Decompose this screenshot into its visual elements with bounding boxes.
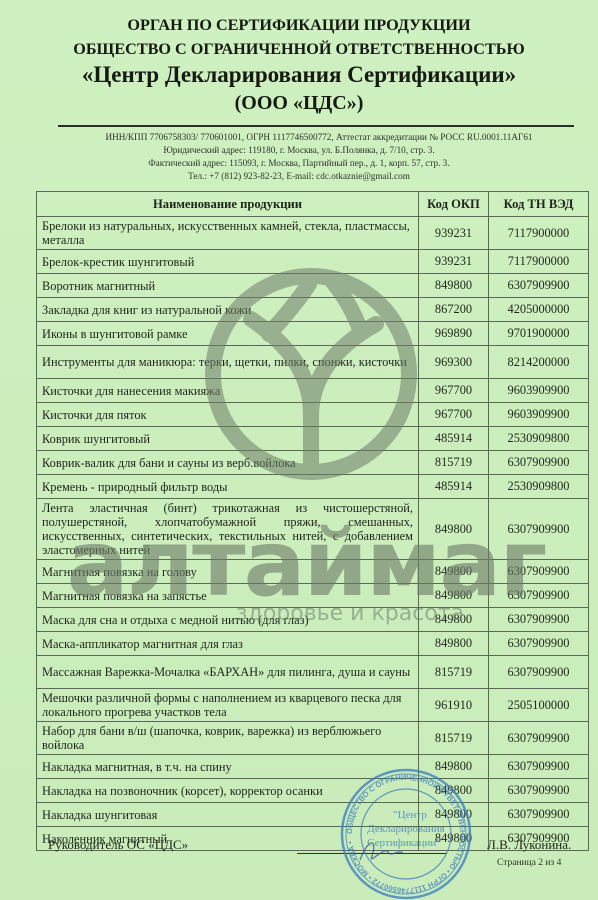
okp-code-cell: 815719	[419, 722, 489, 755]
table-row: Кремень - природный фильтр воды485914253…	[37, 475, 589, 499]
tnved-code-cell: 4205000000	[489, 298, 589, 322]
okp-code-cell: 867200	[419, 298, 489, 322]
tnved-code-cell: 8214200000	[489, 346, 589, 379]
product-name-cell: Иконы в шунгитовой рамке	[37, 322, 419, 346]
okp-code-cell: 849800	[419, 803, 489, 827]
product-name-cell: Маска-аппликатор магнитная для глаз	[37, 632, 419, 656]
table-row: Магнитная повязка на запястье84980063079…	[37, 584, 589, 608]
okp-code-cell: 967700	[419, 403, 489, 427]
products-table: Наименование продукции Код ОКП Код ТН ВЭ…	[36, 191, 589, 851]
product-name-cell: Закладка для книг из натуральной кожи	[37, 298, 419, 322]
column-header-okp: Код ОКП	[419, 192, 489, 217]
tnved-code-cell: 2530909800	[489, 427, 589, 451]
table-row: Воротник магнитный8498006307909900	[37, 274, 589, 298]
product-name-cell: Инструменты для маникюра: терки, щетки, …	[37, 346, 419, 379]
tnved-code-cell: 9603909900	[489, 379, 589, 403]
okp-code-cell: 939231	[419, 217, 489, 250]
product-name-cell: Коврик шунгитовый	[37, 427, 419, 451]
signatory-label: Руководитель ОС «ЦДС»	[48, 837, 188, 853]
tnved-code-cell: 6307909900	[489, 755, 589, 779]
okp-code-cell: 815719	[419, 451, 489, 475]
tnved-code-cell: 6307909900	[489, 803, 589, 827]
tnved-code-cell: 6307909900	[489, 274, 589, 298]
column-header-name: Наименование продукции	[37, 192, 419, 217]
okp-code-cell: 849800	[419, 274, 489, 298]
table-row: Набор для бани в/ш (шапочка, коврик, вар…	[37, 722, 589, 755]
product-name-cell: Набор для бани в/ш (шапочка, коврик, вар…	[37, 722, 419, 755]
header-line-2: ОБЩЕСТВО С ОГРАНИЧЕННОЙ ОТВЕТСТВЕННОСТЬЮ	[0, 40, 598, 59]
product-name-cell: Мешочки различной формы с наполнением из…	[37, 689, 419, 722]
column-header-tnved: Код ТН ВЭД	[489, 192, 589, 217]
signatory-name: Л.В. Луконина.	[487, 837, 571, 853]
table-row: Мешочки различной формы с наполнением из…	[37, 689, 589, 722]
product-name-cell: Лента эластичная (бинт) трикотажная из ч…	[37, 499, 419, 560]
table-row: Закладка для книг из натуральной кожи867…	[37, 298, 589, 322]
table-row: Лента эластичная (бинт) трикотажная из ч…	[37, 499, 589, 560]
certificate-page: ОРГАН ПО СЕРТИФИКАЦИИ ПРОДУКЦИИ ОБЩЕСТВО…	[0, 0, 598, 900]
product-name-cell: Накладка на позвоночник (корсет), коррек…	[37, 779, 419, 803]
product-name-cell: Накладка шунгитовая	[37, 803, 419, 827]
table-row: Массажная Варежка-Мочалка «БАРХАН» для п…	[37, 656, 589, 689]
okp-code-cell: 969890	[419, 322, 489, 346]
table-row: Иконы в шунгитовой рамке9698909701900000	[37, 322, 589, 346]
tnved-code-cell: 6307909900	[489, 656, 589, 689]
legal-address: Юридический адрес: 119180, г. Москва, ул…	[0, 145, 598, 155]
table-row: Накладка магнитная, в т.ч. на спину84980…	[37, 755, 589, 779]
table-row: Магнитная повязка на голову8498006307909…	[37, 560, 589, 584]
tnved-code-cell: 7117900000	[489, 217, 589, 250]
tnved-code-cell: 6307909900	[489, 608, 589, 632]
okp-code-cell: 485914	[419, 475, 489, 499]
table-row: Маска для сна и отдыха с медной нитью (д…	[37, 608, 589, 632]
tnved-code-cell: 9603909900	[489, 403, 589, 427]
okp-code-cell: 967700	[419, 379, 489, 403]
okp-code-cell: 849800	[419, 755, 489, 779]
table-row: Брелоки из натуральных, искусственных ка…	[37, 217, 589, 250]
tnved-code-cell: 7117900000	[489, 250, 589, 274]
page-number: Страница 2 из 4	[497, 858, 561, 868]
okp-code-cell: 849800	[419, 632, 489, 656]
product-name-cell: Коврик-валик для бани и сауны из верб.во…	[37, 451, 419, 475]
okp-code-cell: 961910	[419, 689, 489, 722]
table-row: Коврик-валик для бани и сауны из верб.во…	[37, 451, 589, 475]
okp-code-cell: 849800	[419, 779, 489, 803]
tnved-code-cell: 2505100000	[489, 689, 589, 722]
table-row: Кисточки для нанесения макияжа9677009603…	[37, 379, 589, 403]
tnved-code-cell: 6307909900	[489, 451, 589, 475]
product-name-cell: Накладка магнитная, в т.ч. на спину	[37, 755, 419, 779]
organization-name: «Центр Декларирования Сертификации»	[0, 62, 598, 88]
registration-info: ИНН/КПП 7706758303/ 770601001, ОГРН 1117…	[40, 132, 598, 142]
product-name-cell: Магнитная повязка на запястье	[37, 584, 419, 608]
okp-code-cell: 969300	[419, 346, 489, 379]
product-name-cell: Кремень - природный фильтр воды	[37, 475, 419, 499]
okp-code-cell: 485914	[419, 427, 489, 451]
okp-code-cell: 849800	[419, 499, 489, 560]
tnved-code-cell: 6307909900	[489, 779, 589, 803]
table-row: Накладка шунгитовая8498006307909900	[37, 803, 589, 827]
tnved-code-cell: 6307909900	[489, 584, 589, 608]
tnved-code-cell: 6307909900	[489, 560, 589, 584]
signature-line	[297, 853, 447, 854]
tnved-code-cell: 2530909800	[489, 475, 589, 499]
actual-address: Фактический адрес: 115093, г. Москва, Па…	[0, 158, 598, 168]
table-row: Брелок-крестик шунгитовый939231711790000…	[37, 250, 589, 274]
contacts: Тел.: +7 (812) 923-82-23, E-mail: cdc.ot…	[0, 171, 598, 181]
header-line-1: ОРГАН ПО СЕРТИФИКАЦИИ ПРОДУКЦИИ	[0, 16, 598, 35]
tnved-code-cell: 9701900000	[489, 322, 589, 346]
okp-code-cell: 815719	[419, 656, 489, 689]
table-row: Маска-аппликатор магнитная для глаз84980…	[37, 632, 589, 656]
product-name-cell: Кисточки для пяток	[37, 403, 419, 427]
tnved-code-cell: 6307909900	[489, 722, 589, 755]
okp-code-cell: 939231	[419, 250, 489, 274]
tnved-code-cell: 6307909900	[489, 499, 589, 560]
product-name-cell: Брелок-крестик шунгитовый	[37, 250, 419, 274]
product-name-cell: Массажная Варежка-Мочалка «БАРХАН» для п…	[37, 656, 419, 689]
table-row: Инструменты для маникюра: терки, щетки, …	[37, 346, 589, 379]
okp-code-cell: 849800	[419, 827, 489, 851]
table-row: Накладка на позвоночник (корсет), коррек…	[37, 779, 589, 803]
product-name-cell: Воротник магнитный	[37, 274, 419, 298]
okp-code-cell: 849800	[419, 608, 489, 632]
organization-short-name: (ООО «ЦДС»)	[0, 92, 598, 115]
product-name-cell: Брелоки из натуральных, искусственных ка…	[37, 217, 419, 250]
header-divider	[58, 125, 574, 127]
product-name-cell: Магнитная повязка на голову	[37, 560, 419, 584]
product-name-cell: Кисточки для нанесения макияжа	[37, 379, 419, 403]
okp-code-cell: 849800	[419, 584, 489, 608]
product-name-cell: Маска для сна и отдыха с медной нитью (д…	[37, 608, 419, 632]
table-row: Кисточки для пяток9677009603909900	[37, 403, 589, 427]
okp-code-cell: 849800	[419, 560, 489, 584]
tnved-code-cell: 6307909900	[489, 632, 589, 656]
table-row: Коврик шунгитовый4859142530909800	[37, 427, 589, 451]
table-header-row: Наименование продукции Код ОКП Код ТН ВЭ…	[37, 192, 589, 217]
